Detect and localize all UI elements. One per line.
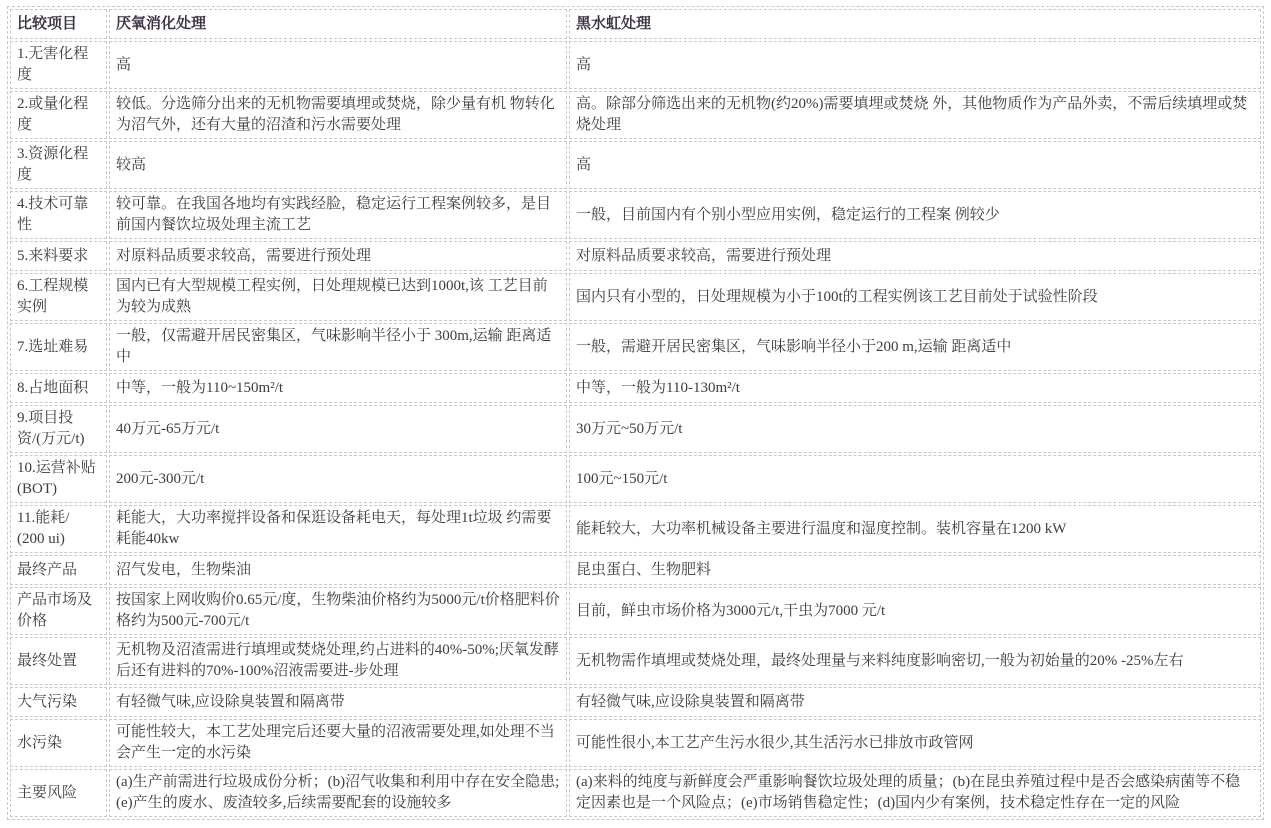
cell-anaerobic: 对原料品质要求较高，需要进行预处理 <box>109 241 567 271</box>
cell-anaerobic: 耗能大，大功率搅拌设备和保逛设备耗电天，每处理1t垃圾 约需要耗能40kw <box>109 505 567 553</box>
table-header-row: 比较项目 厌氧消化处理 黑水虹处理 <box>10 9 1261 39</box>
cell-item: 最终处置 <box>10 637 107 685</box>
cell-anaerobic: 较高 <box>109 141 567 189</box>
table-row: 大气污染有轻微气味,应设除臭装置和隔离带有轻微气味,应设除臭装置和隔离带 <box>10 687 1261 717</box>
cell-bsf: 30万元~50万元/t <box>569 405 1261 453</box>
cell-bsf: 对原料品质要求较高，需要进行预处理 <box>569 241 1261 271</box>
cell-item: 3.资源化程度 <box>10 141 107 189</box>
comparison-table-body: 1.无害化程度高高2.或量化程度较低。分选筛分出来的无机物需要填埋或焚烧，除少量… <box>10 41 1261 817</box>
cell-bsf: 100元~150元/t <box>569 455 1261 503</box>
cell-anaerobic: 国内已有大型规模工程实例，日处理规模已达到1000t,该 工艺目前为较为成熟 <box>109 273 567 321</box>
cell-bsf: 高 <box>569 41 1261 89</box>
cell-bsf: (a)来料的纯度与新鲜度会严重影响餐饮垃圾处理的质量；(b)在昆虫养殖过程中是否… <box>569 769 1261 817</box>
cell-item: 4.技术可靠性 <box>10 191 107 239</box>
cell-item: 最终产品 <box>10 555 107 585</box>
cell-item: 9.项目投资/(万元/t) <box>10 405 107 453</box>
cell-anaerobic: 一般，仅需避开居民密集区，气味影响半径小于 300m,运输 距离适中 <box>109 323 567 371</box>
cell-anaerobic: 较低。分选筛分出来的无机物需要填埋或焚烧，除少量有机 物转化为沼气外，还有大量的… <box>109 91 567 139</box>
cell-item: 1.无害化程度 <box>10 41 107 89</box>
cell-item: 10.运营补贴(BOT) <box>10 455 107 503</box>
cell-item: 11.能耗/ (200 ui) <box>10 505 107 553</box>
table-row: 主要风险(a)生产前需进行垃圾成份分析；(b)沼气收集和利用中存在安全隐患;(e… <box>10 769 1261 817</box>
header-cell-anaerobic: 厌氧消化处理 <box>109 9 567 39</box>
cell-item: 7.选址难易 <box>10 323 107 371</box>
table-row: 9.项目投资/(万元/t)40万元-65万元/t30万元~50万元/t <box>10 405 1261 453</box>
header-cell-item: 比较项目 <box>10 9 107 39</box>
table-row: 水污染可能性较大，本工艺处理完后还要大量的沼液需要处理,如处理不当会产生一定的水… <box>10 719 1261 767</box>
cell-anaerobic: (a)生产前需进行垃圾成份分析；(b)沼气收集和利用中存在安全隐患;(e)产生的… <box>109 769 567 817</box>
cell-bsf: 一般，需避开居民密集区，气味影响半径小于200 m,运输 距离适中 <box>569 323 1261 371</box>
cell-bsf: 目前，鲜虫市场价格为3000元/t,干虫为7000 元/t <box>569 587 1261 635</box>
cell-bsf: 可能性很小,本工艺产生污水很少,其生活污水已排放市政管网 <box>569 719 1261 767</box>
cell-bsf: 国内只有小型的，日处理规模为小于100t的工程实例该工艺目前处于试验性阶段 <box>569 273 1261 321</box>
table-row: 10.运营补贴(BOT)200元-300元/t100元~150元/t <box>10 455 1261 503</box>
cell-item: 8.占地面积 <box>10 373 107 403</box>
cell-bsf: 有轻微气味,应设除臭装置和隔离带 <box>569 687 1261 717</box>
cell-bsf: 一般，目前国内有个别小型应用实例，稳定运行的工程案 例较少 <box>569 191 1261 239</box>
cell-item: 水污染 <box>10 719 107 767</box>
table-row: 7.选址难易一般，仅需避开居民密集区，气味影响半径小于 300m,运输 距离适中… <box>10 323 1261 371</box>
cell-anaerobic: 有轻微气味,应设除臭装置和隔离带 <box>109 687 567 717</box>
cell-bsf: 昆虫蛋白、生物肥料 <box>569 555 1261 585</box>
cell-item: 6.工程规模实例 <box>10 273 107 321</box>
cell-anaerobic: 按国家上网收购价0.65元/度，生物柴油价格约为5000元/t价格肥料价格约为5… <box>109 587 567 635</box>
cell-item: 2.或量化程度 <box>10 91 107 139</box>
comparison-table: 比较项目 厌氧消化处理 黑水虹处理 1.无害化程度高高2.或量化程度较低。分选筛… <box>7 6 1264 820</box>
table-row: 最终处置无机物及沼渣需进行填埋或焚烧处理,约占进料的40%-50%;厌氧发酵后还… <box>10 637 1261 685</box>
cell-anaerobic: 沼气发电，生物柴油 <box>109 555 567 585</box>
cell-anaerobic: 40万元-65万元/t <box>109 405 567 453</box>
cell-anaerobic: 200元-300元/t <box>109 455 567 503</box>
table-row: 产品市场及价格按国家上网收购价0.65元/度，生物柴油价格约为5000元/t价格… <box>10 587 1261 635</box>
cell-bsf: 高 <box>569 141 1261 189</box>
cell-bsf: 无机物需作填埋或焚烧处理，最终处理量与来料纯度影响密切,一般为初始量的20% -… <box>569 637 1261 685</box>
cell-anaerobic: 较可靠。在我国各地均有实践经脸，稳定运行工程案例较多，是目前国内餐饮垃圾处理主流… <box>109 191 567 239</box>
cell-anaerobic: 无机物及沼渣需进行填埋或焚烧处理,约占进料的40%-50%;厌氧发酵后还有进料的… <box>109 637 567 685</box>
cell-anaerobic: 高 <box>109 41 567 89</box>
table-row: 1.无害化程度高高 <box>10 41 1261 89</box>
table-row: 4.技术可靠性较可靠。在我国各地均有实践经脸，稳定运行工程案例较多，是目前国内餐… <box>10 191 1261 239</box>
table-row: 6.工程规模实例国内已有大型规模工程实例，日处理规模已达到1000t,该 工艺目… <box>10 273 1261 321</box>
cell-bsf: 能耗较大，大功率机械设备主要进行温度和湿度控制。装机容量在1200 kW <box>569 505 1261 553</box>
cell-item: 5.来料要求 <box>10 241 107 271</box>
table-row: 最终产品沼气发电，生物柴油昆虫蛋白、生物肥料 <box>10 555 1261 585</box>
cell-anaerobic: 中等，一般为110~150m²/t <box>109 373 567 403</box>
comparison-table-container: 比较项目 厌氧消化处理 黑水虹处理 1.无害化程度高高2.或量化程度较低。分选筛… <box>0 0 1271 826</box>
cell-item: 产品市场及价格 <box>10 587 107 635</box>
table-row: 5.来料要求对原料品质要求较高，需要进行预处理对原料品质要求较高，需要进行预处理 <box>10 241 1261 271</box>
cell-anaerobic: 可能性较大，本工艺处理完后还要大量的沼液需要处理,如处理不当会产生一定的水污染 <box>109 719 567 767</box>
table-row: 3.资源化程度较高高 <box>10 141 1261 189</box>
cell-bsf: 中等，一般为110-130m²/t <box>569 373 1261 403</box>
table-row: 2.或量化程度较低。分选筛分出来的无机物需要填埋或焚烧，除少量有机 物转化为沼气… <box>10 91 1261 139</box>
table-row: 8.占地面积中等，一般为110~150m²/t中等，一般为110-130m²/t <box>10 373 1261 403</box>
cell-bsf: 高。除部分筛选出来的无机物(约20%)需要填埋或焚烧 外，其他物质作为产品外卖，… <box>569 91 1261 139</box>
header-cell-bsf: 黑水虹处理 <box>569 9 1261 39</box>
cell-item: 主要风险 <box>10 769 107 817</box>
table-row: 11.能耗/ (200 ui)耗能大，大功率搅拌设备和保逛设备耗电天，每处理1t… <box>10 505 1261 553</box>
cell-item: 大气污染 <box>10 687 107 717</box>
